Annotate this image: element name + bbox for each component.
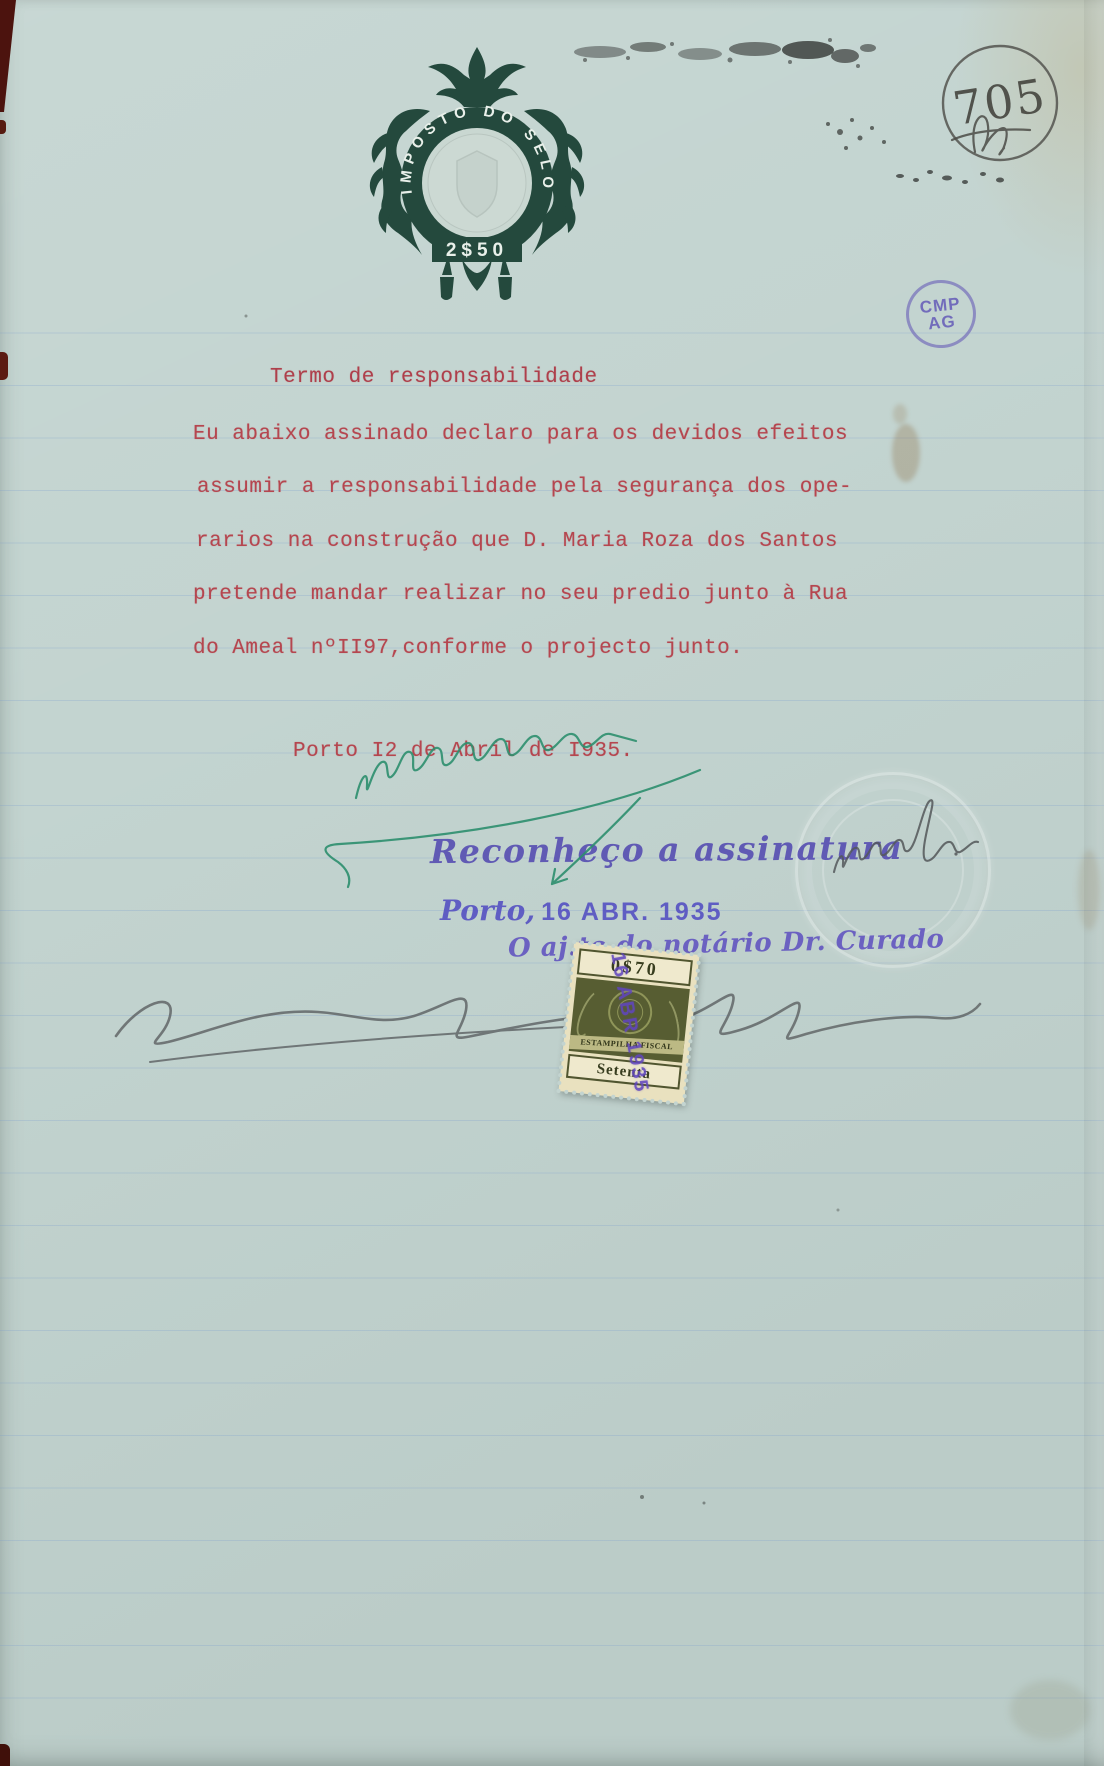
body-line: pretende mandar realizar no seu predio j… bbox=[193, 583, 848, 606]
place-date-stamp: Porto,16 ABR. 1935 bbox=[440, 894, 723, 927]
laurel-left bbox=[571, 987, 608, 1040]
binding-mark bbox=[0, 1744, 10, 1766]
revenue-seal: IMPOSTO DO SELO 2$50 bbox=[352, 41, 602, 303]
binding-mark bbox=[0, 120, 6, 134]
body-line: rarios na construção que D. Maria Roza d… bbox=[196, 530, 838, 553]
municipal-stamp-line2: AG bbox=[927, 313, 956, 333]
stamp-date: 16 ABR. 1935 bbox=[541, 898, 723, 926]
paper-stain-corner bbox=[954, 0, 1104, 280]
body-line: assumir a responsabilidade pela seguranç… bbox=[197, 476, 852, 499]
paper-stain bbox=[1078, 850, 1100, 930]
fiscal-stamp: 0$70 ESTAMPILHA FISCAL Setenta 16 ABR 19… bbox=[559, 942, 700, 1104]
date-line: Porto I2 de Abril de I935. bbox=[293, 740, 634, 763]
paper-stain bbox=[893, 404, 907, 424]
binding-mark bbox=[0, 352, 8, 380]
body-line: Eu abaixo assinado declaro para os devid… bbox=[193, 423, 848, 446]
document-scan: IMPOSTO DO SELO 2$50 Termo de responsabi… bbox=[0, 0, 1104, 1766]
paper-stain bbox=[1010, 1680, 1090, 1740]
body-line: do Ameal nºII97,conforme o projecto junt… bbox=[193, 637, 743, 660]
paper-stain bbox=[892, 424, 920, 482]
acknowledgement-stamp: Reconheço a assinatura bbox=[430, 828, 904, 871]
document-title: Termo de responsabilidade bbox=[270, 366, 598, 389]
seal-value: 2$50 bbox=[446, 240, 508, 261]
binding-mark bbox=[0, 0, 16, 112]
stamp-place: Porto, bbox=[440, 894, 535, 927]
